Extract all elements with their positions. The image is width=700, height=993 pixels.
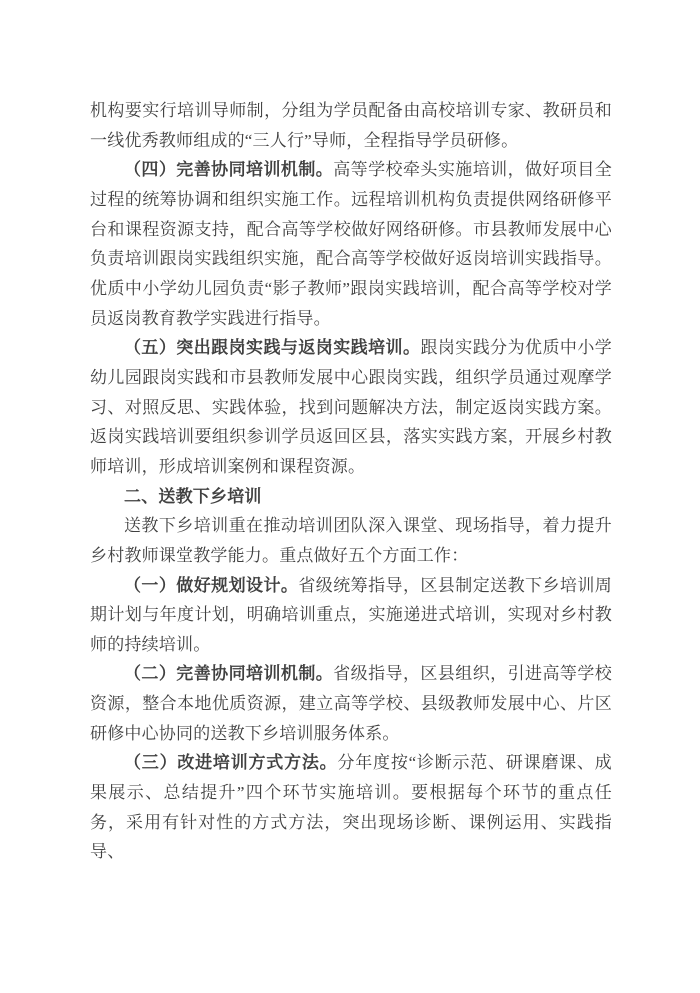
document-content: 机构要实行培训导师制，分组为学员配备由高校培训专家、教研员和一线优秀教师组成的“… <box>90 96 612 867</box>
paragraph: （一）做好规划设计。省级统筹指导，区县制定送教下乡培训周期计划与年度计划，明确培… <box>90 571 612 660</box>
paragraph: 送教下乡培训重在推动培训团队深入课堂、现场指导，着力提升乡村教师课堂教学能力。重… <box>90 511 612 570</box>
document-page: 机构要实行培训导师制，分组为学员配备由高校培训专家、教研员和一线优秀教师组成的“… <box>0 0 700 993</box>
paragraph-lead: （一）做好规划设计。 <box>124 576 298 595</box>
paragraph: （三）改进培训方式方法。分年度按“诊断示范、研课磨课、成果展示、总结提升”四个环… <box>90 748 612 867</box>
section-heading: 二、送教下乡培训 <box>90 482 612 512</box>
paragraph: （五）突出跟岗实践与返岗实践培训。跟岗实践分为优质中小学幼儿园跟岗实践和市县教师… <box>90 333 612 481</box>
paragraph-lead: （三）改进培训方式方法。 <box>124 753 337 772</box>
paragraph: （四）完善协同培训机制。高等学校牵头实施培训，做好项目全过程的统筹协调和组织实施… <box>90 155 612 333</box>
paragraph-lead: （二）完善协同培训机制。 <box>124 664 333 683</box>
paragraph-lead: （五）突出跟岗实践与返岗实践培训。 <box>124 338 420 357</box>
paragraph-lead: （四）完善协同培训机制。 <box>124 160 333 179</box>
paragraph: （二）完善协同培训机制。省级指导，区县组织，引进高等学校资源，整合本地优质资源，… <box>90 659 612 748</box>
paragraph: 机构要实行培训导师制，分组为学员配备由高校培训专家、教研员和一线优秀教师组成的“… <box>90 96 612 155</box>
